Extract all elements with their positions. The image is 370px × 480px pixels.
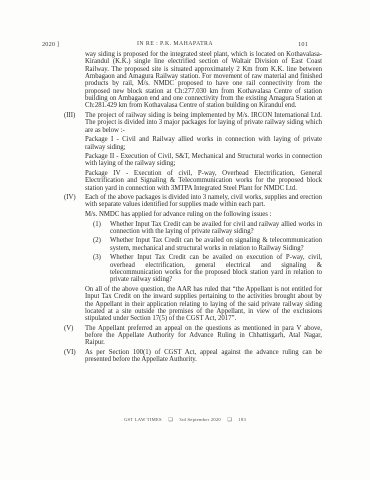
- footer-journal-name: GST LAW TIMES: [124, 417, 162, 422]
- paragraph-text: Whether Input Tax Credit can be availed …: [110, 221, 322, 236]
- paragraph-text: Whether Input Tax Credit can be availed …: [110, 254, 322, 283]
- paragraph-text: M/s. NMDC has applied for advance ruling…: [85, 211, 322, 218]
- paragraph-text: Each of the above packages is divided in…: [85, 194, 322, 209]
- paragraph-text: Package IV - Execution of civil, P-way, …: [85, 170, 322, 192]
- paragraph: (1)Whether Input Tax Credit can be avail…: [93, 221, 322, 236]
- page-header: 2020 ] IN RE : P.K. MAHAPATRA 101: [42, 41, 308, 50]
- paragraph-text: way siding is proposed for the integrate…: [85, 51, 322, 110]
- square-bullet-icon: ❏: [227, 418, 232, 423]
- paragraph-label: (1): [93, 221, 110, 236]
- paragraph-text: On all of the above question, the AAR ha…: [85, 286, 322, 323]
- paragraph-label: (III): [64, 112, 85, 134]
- paragraph: (V)The Appellant preferred an appeal on …: [64, 325, 322, 347]
- footer-issue-date: 3rd September 2020: [179, 417, 221, 422]
- square-bullet-icon: ❏: [168, 418, 173, 423]
- header-page-number: 101: [298, 41, 308, 48]
- paragraph: (3)Whether Input Tax Credit can be avail…: [93, 254, 322, 283]
- paragraph: (III)The project of railway siding is be…: [64, 112, 322, 134]
- paragraph-text: Package II - Execution of Civil, S&T, Me…: [85, 153, 322, 168]
- paragraph-label: (V): [64, 325, 85, 347]
- document-page: 2020 ] IN RE : P.K. MAHAPATRA 101 way si…: [0, 0, 370, 480]
- page-footer: GST LAW TIMES ❏ 3rd September 2020 ❏ 183: [0, 417, 370, 423]
- paragraph-label: (3): [93, 254, 110, 283]
- paragraph: (2)Whether Input Tax Credit can be avail…: [93, 237, 322, 252]
- paragraph-text: As per Section 100(1) of CGST Act, appea…: [85, 349, 322, 364]
- paragraph-text: The project of railway siding is being i…: [85, 112, 322, 134]
- paragraph-text: The Appellant preferred an appeal on the…: [85, 325, 322, 347]
- footer-page-number: 183: [238, 417, 246, 422]
- paragraph-label: (IV): [64, 194, 85, 209]
- page-body: way siding is proposed for the integrate…: [64, 51, 322, 364]
- paragraph-text: Whether Input Tax Credit can be availed …: [110, 237, 322, 252]
- paragraph: (VI)As per Section 100(1) of CGST Act, a…: [64, 349, 322, 364]
- paragraph: (IV)Each of the above packages is divide…: [64, 194, 322, 209]
- paragraph-label: (2): [93, 237, 110, 252]
- header-case-title: IN RE : P.K. MAHAPATRA: [42, 41, 308, 47]
- paragraph-label: (VI): [64, 349, 85, 364]
- paragraph-text: Package I - Civil and Railway allied wor…: [85, 136, 322, 151]
